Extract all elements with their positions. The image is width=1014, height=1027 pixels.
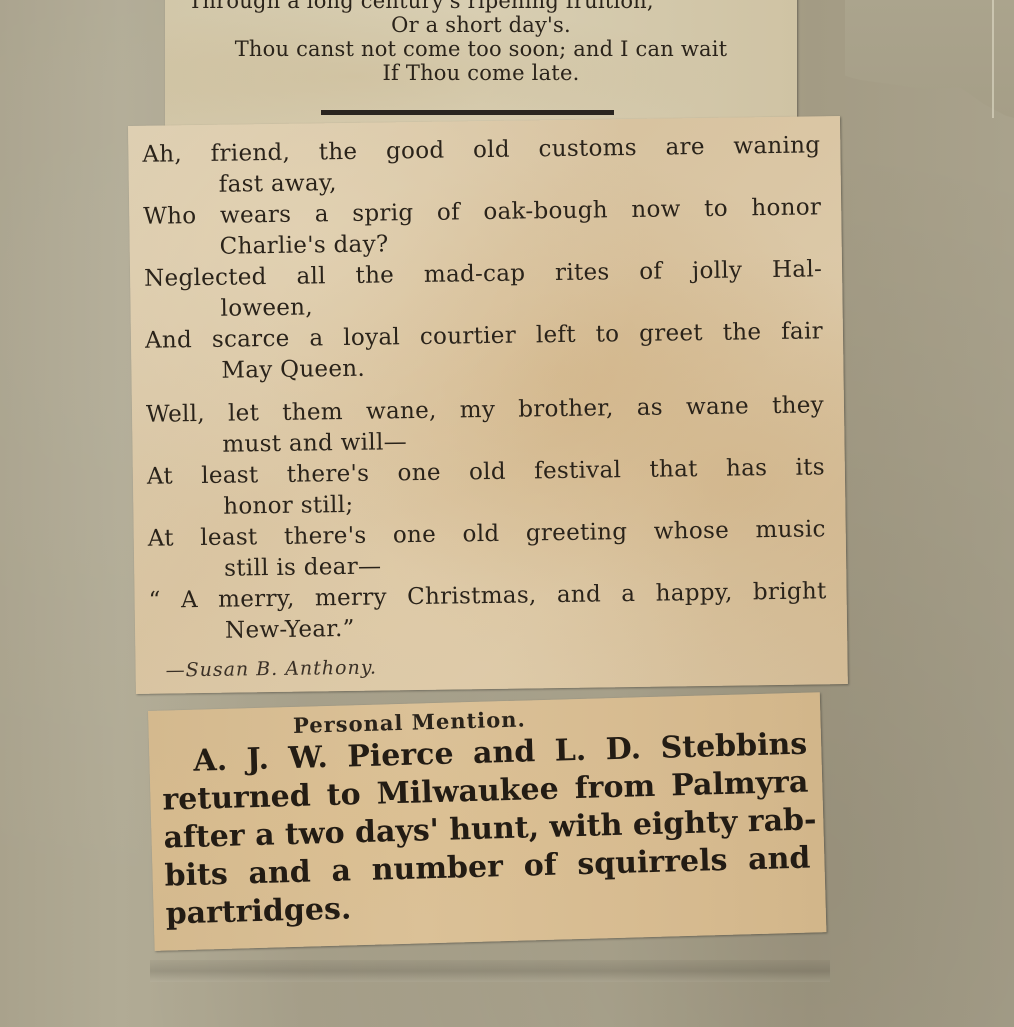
stanza-1: Ah, friend, the good old customs are wan… bbox=[142, 130, 823, 387]
poem-line: Through a long century's ripening fruiti… bbox=[165, 0, 797, 13]
scrapbook-page: { "top_clipping": { "lines": [ "Through … bbox=[0, 0, 1014, 1027]
poem-line: Or a short day's. bbox=[165, 13, 797, 37]
top-poem-clipping: Through a long century's ripening fruiti… bbox=[165, 0, 797, 130]
christmas-poem-clipping: Ah, friend, the good old customs are wan… bbox=[128, 116, 848, 694]
torn-page-corner bbox=[845, 0, 1014, 118]
divider-rule bbox=[321, 110, 614, 115]
page-fold bbox=[150, 960, 830, 982]
stanza-2: Well, let them wane, my brother, as wane… bbox=[146, 390, 827, 647]
poem-line: If Thou come late. bbox=[165, 61, 797, 85]
page-edge bbox=[992, 0, 994, 118]
personal-mention-clipping: Personal Mention. A. J. W. Pierce and L.… bbox=[148, 692, 826, 951]
poem-attribution: —Susan B. Anthony. bbox=[149, 650, 827, 681]
poem-line: Thou canst not come too soon; and I can … bbox=[165, 37, 797, 61]
